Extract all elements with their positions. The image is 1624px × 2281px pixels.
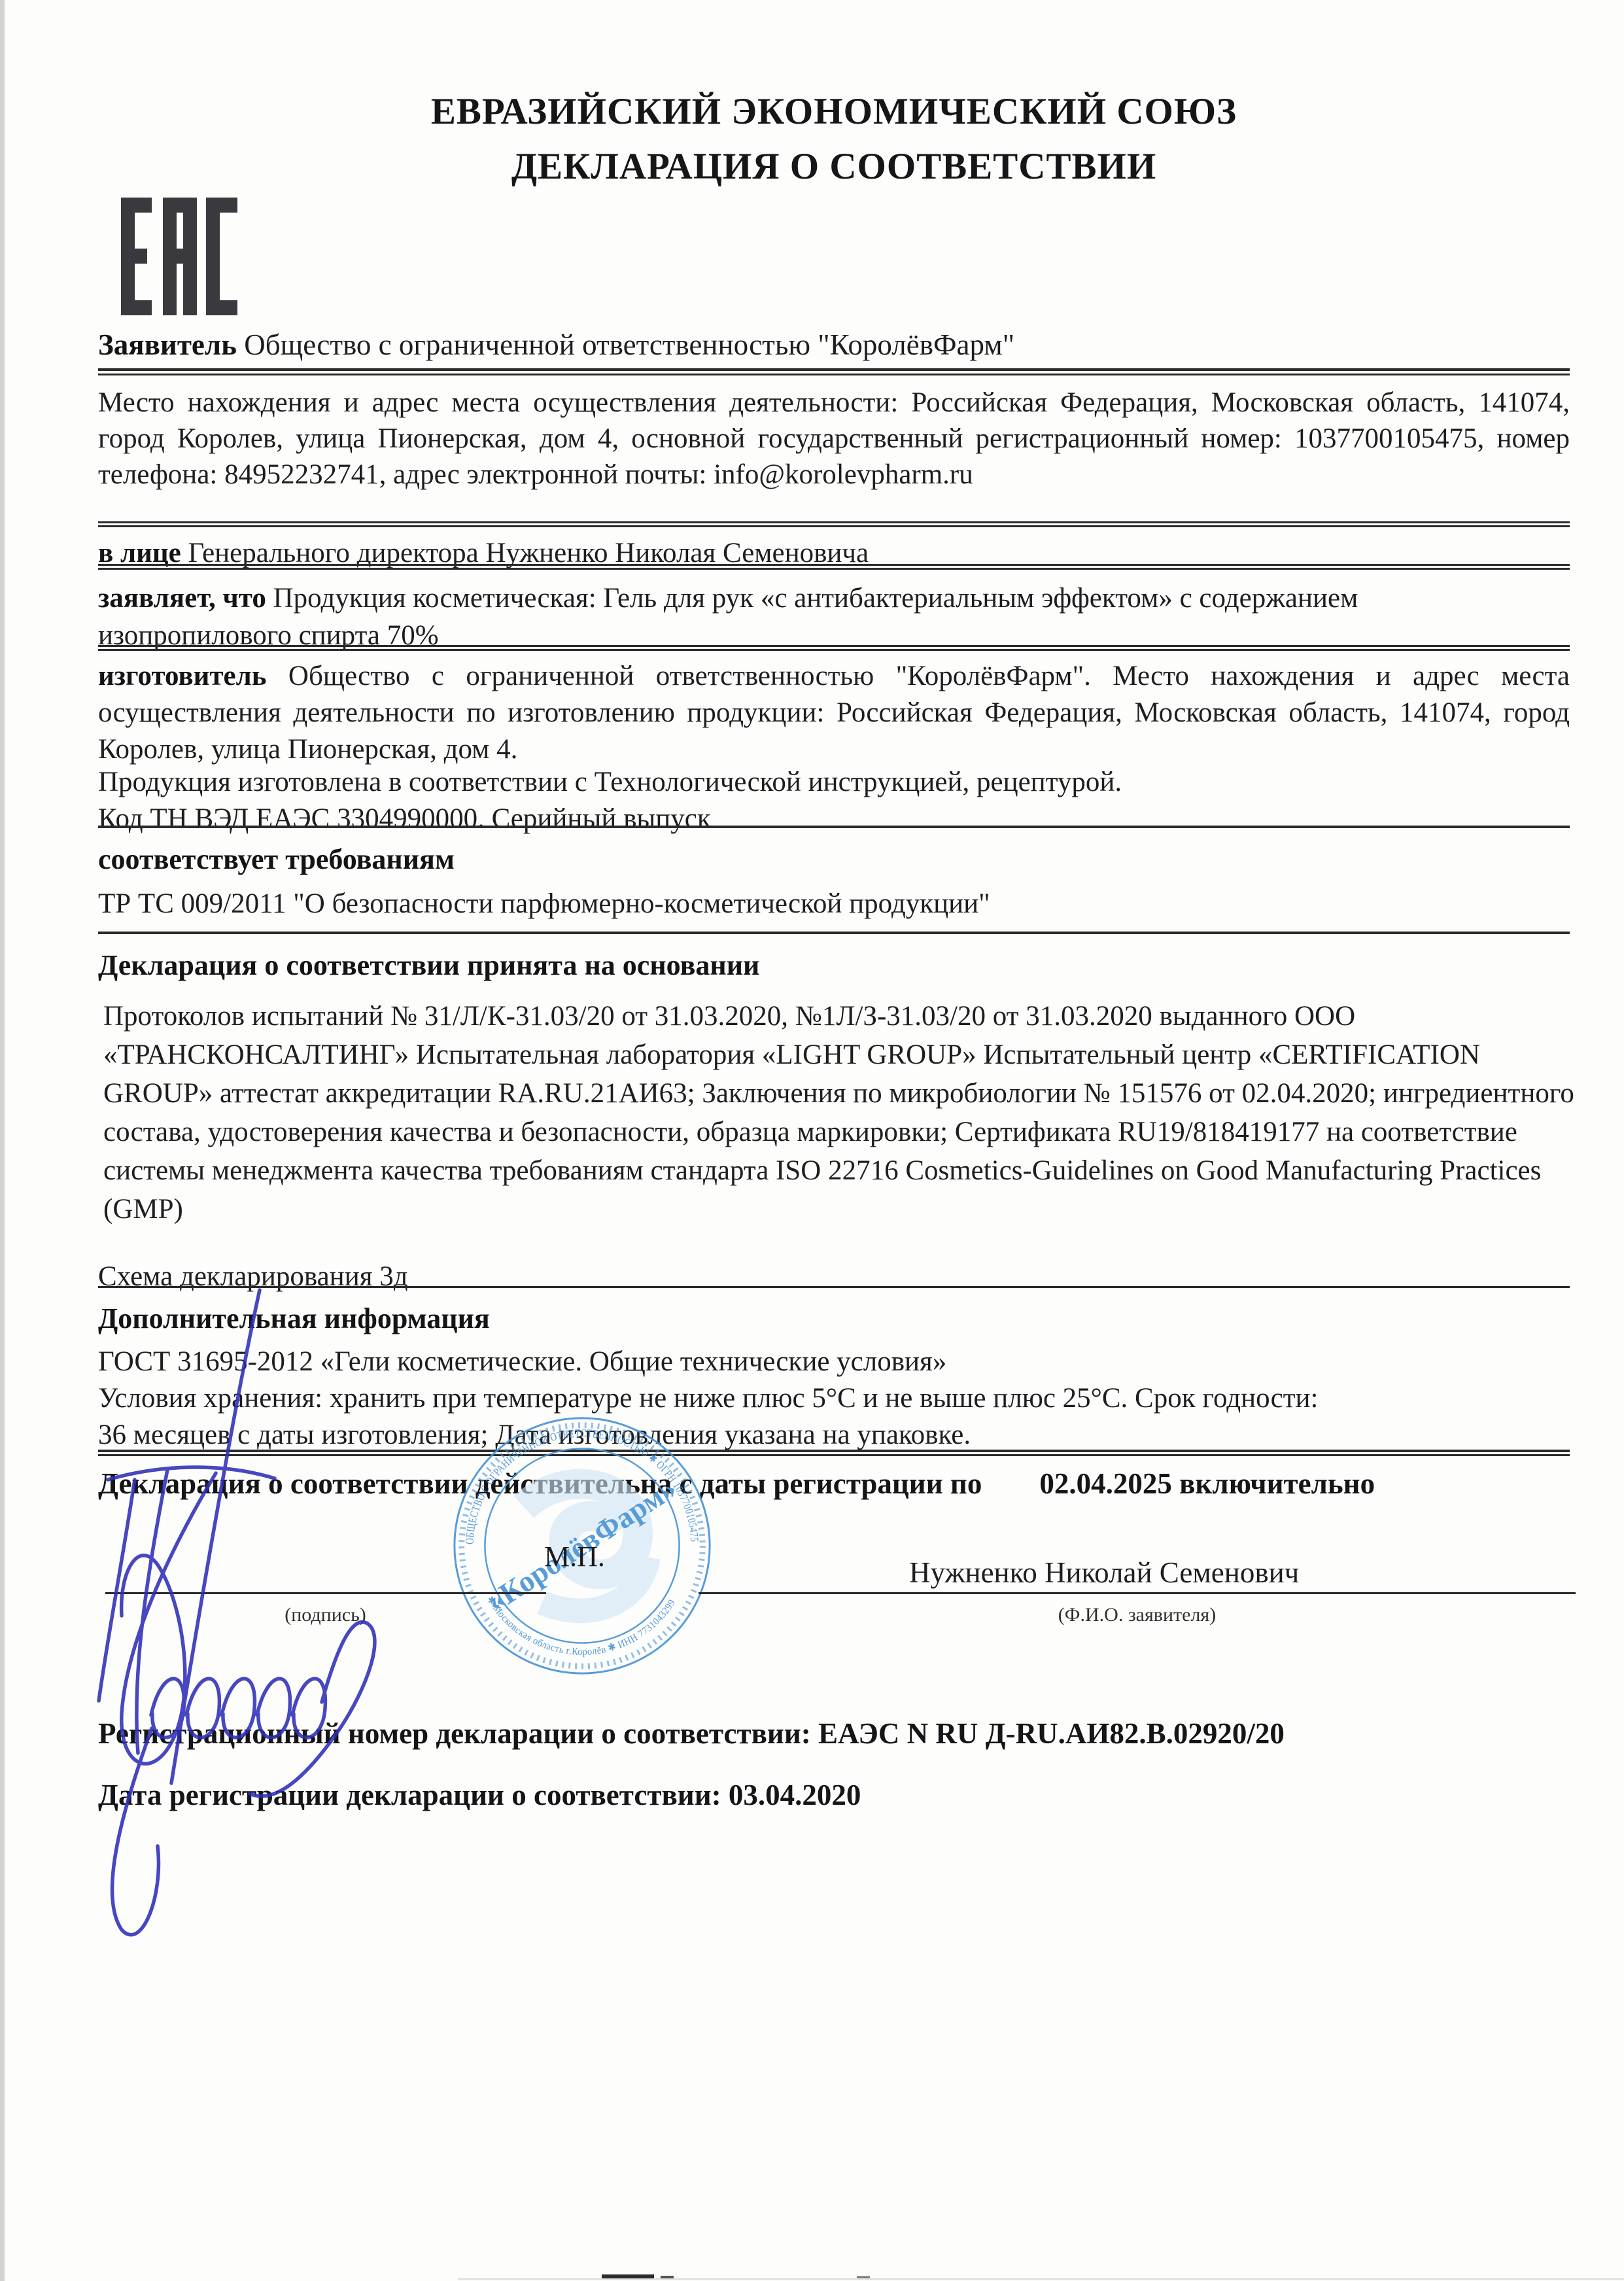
scan-bottom-artifact — [458, 2276, 1624, 2279]
declaration-document: ЕВРАЗИЙСКИЙ ЭКОНОМИЧЕСКИЙ СОЮЗ ДЕКЛАРАЦИ… — [0, 0, 1624, 2281]
signature-scribble — [0, 0, 1624, 2281]
